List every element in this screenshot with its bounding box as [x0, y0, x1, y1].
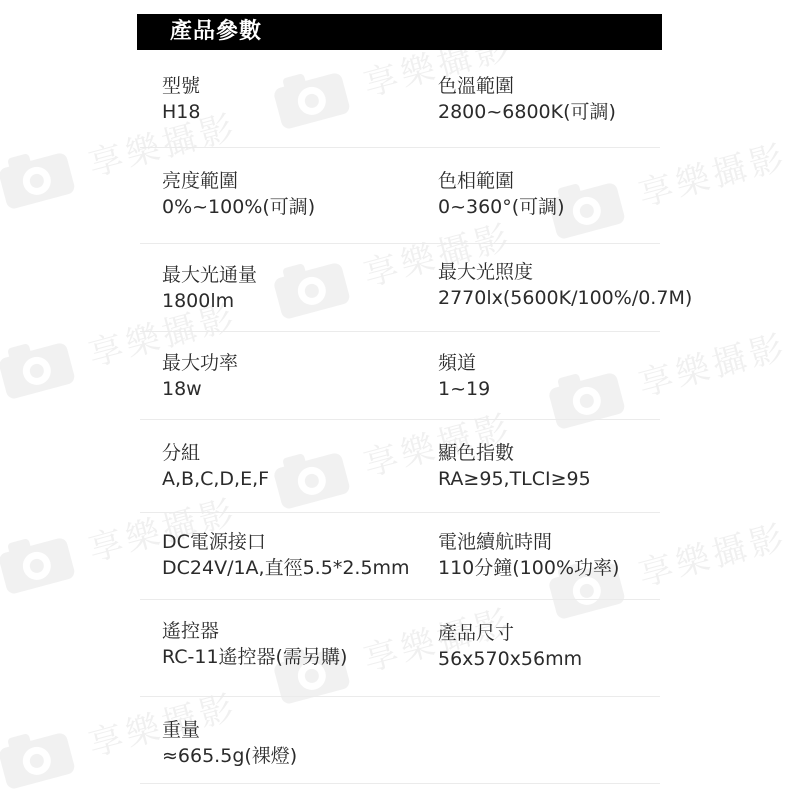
spec-item-dimensions: 產品尺寸 56x570x56mm: [438, 620, 582, 672]
section-title: 產品參數: [170, 17, 262, 47]
spec-value: H18: [162, 99, 200, 125]
camera-icon: [0, 722, 76, 790]
spec-label: DC電源接口: [162, 529, 410, 555]
spec-label: 最大光照度: [438, 259, 692, 285]
spec-label: 遙控器: [162, 618, 347, 644]
spec-value: DC24V/1A,直徑5.5*2.5mm: [162, 555, 410, 581]
spec-value: 56x570x56mm: [438, 646, 582, 672]
spec-value: 0~360°(可調): [438, 194, 565, 220]
spec-item-remote: 遙控器 RC-11遙控器(需另購): [162, 618, 347, 670]
camera-icon: [0, 527, 76, 595]
spec-item-hue: 色相範圍 0~360°(可調): [438, 168, 565, 220]
spec-item-color-temp: 色溫範圍 2800~6800K(可調): [438, 73, 616, 125]
spec-item-model: 型號 H18: [162, 73, 200, 125]
spec-row: 最大功率 18w 頻道 1~19: [140, 332, 660, 420]
spec-item-dc-input: DC電源接口 DC24V/1A,直徑5.5*2.5mm: [162, 529, 410, 581]
spec-row: 型號 H18 色溫範圍 2800~6800K(可調): [140, 50, 660, 148]
spec-label: 分組: [162, 440, 269, 466]
spec-value: 1~19: [438, 376, 490, 402]
spec-row: 重量 ≈665.5g(裸燈): [140, 697, 660, 784]
section-header-bar: 產品參數: [137, 14, 662, 50]
spec-row: 遙控器 RC-11遙控器(需另購) 產品尺寸 56x570x56mm: [140, 600, 660, 697]
spec-label: 顯色指數: [438, 440, 591, 466]
spec-item-channel: 頻道 1~19: [438, 350, 490, 402]
spec-value: 1800lm: [162, 288, 257, 314]
spec-value: 110分鐘(100%功率): [438, 555, 619, 581]
spec-row: 分組 A,B,C,D,E,F 顯色指數 RA≥95,TLCI≥95: [140, 420, 660, 513]
spec-label: 電池續航時間: [438, 529, 619, 555]
spec-value: ≈665.5g(裸燈): [162, 743, 297, 769]
spec-label: 頻道: [438, 350, 490, 376]
spec-item-illuminance: 最大光照度 2770lx(5600K/100%/0.7M): [438, 259, 692, 311]
spec-label: 產品尺寸: [438, 620, 582, 646]
spec-value: RA≥95,TLCI≥95: [438, 466, 591, 492]
spec-item-battery-life: 電池續航時間 110分鐘(100%功率): [438, 529, 619, 581]
spec-table: 型號 H18 色溫範圍 2800~6800K(可調) 亮度範圍 0%~100%(…: [140, 50, 660, 784]
spec-item-brightness: 亮度範圍 0%~100%(可調): [162, 168, 315, 220]
spec-row: 亮度範圍 0%~100%(可調) 色相範圍 0~360°(可調): [140, 148, 660, 244]
spec-item-max-power: 最大功率 18w: [162, 350, 238, 402]
camera-icon: [0, 142, 76, 210]
spec-label: 亮度範圍: [162, 168, 315, 194]
spec-item-group: 分組 A,B,C,D,E,F: [162, 440, 269, 492]
spec-value: A,B,C,D,E,F: [162, 466, 269, 492]
spec-item-weight: 重量 ≈665.5g(裸燈): [162, 717, 297, 769]
spec-value: 2770lx(5600K/100%/0.7M): [438, 285, 692, 311]
spec-label: 最大光通量: [162, 262, 257, 288]
spec-label: 重量: [162, 717, 297, 743]
spec-value: 0%~100%(可調): [162, 194, 315, 220]
spec-item-cri: 顯色指數 RA≥95,TLCI≥95: [438, 440, 591, 492]
spec-value: RC-11遙控器(需另購): [162, 644, 347, 670]
spec-label: 色相範圍: [438, 168, 565, 194]
spec-row: 最大光通量 1800lm 最大光照度 2770lx(5600K/100%/0.7…: [140, 244, 660, 332]
camera-icon: [0, 332, 76, 400]
spec-value: 2800~6800K(可調): [438, 99, 616, 125]
spec-label: 型號: [162, 73, 200, 99]
spec-row: DC電源接口 DC24V/1A,直徑5.5*2.5mm 電池續航時間 110分鐘…: [140, 513, 660, 600]
spec-item-luminous-flux: 最大光通量 1800lm: [162, 262, 257, 314]
spec-label: 最大功率: [162, 350, 238, 376]
spec-label: 色溫範圍: [438, 73, 616, 99]
spec-value: 18w: [162, 376, 238, 402]
